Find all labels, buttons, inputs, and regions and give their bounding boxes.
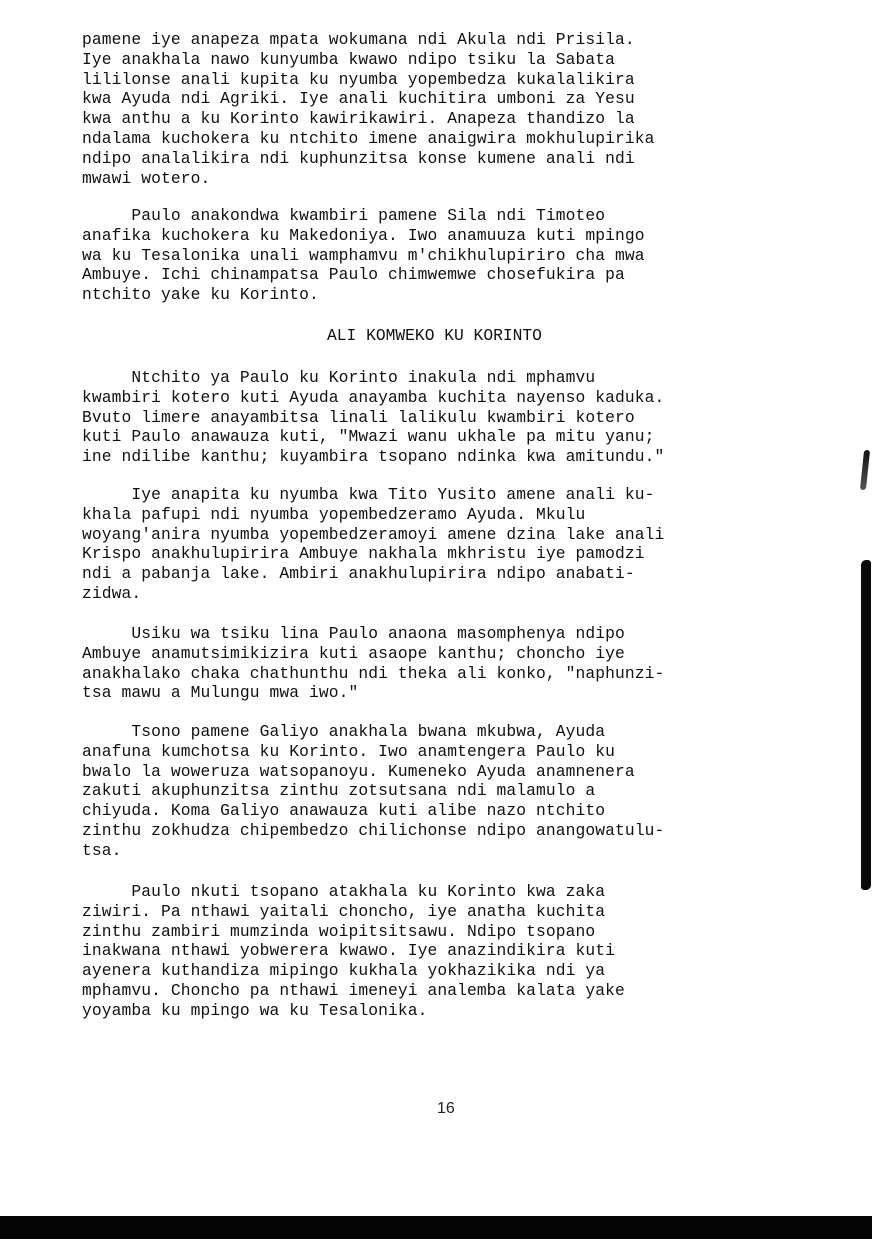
text-line: chiyuda. Koma Galiyo anawauza kuti alibe… bbox=[82, 801, 822, 821]
text-line: Bvuto limere anayambitsa linali lalikulu… bbox=[82, 408, 822, 428]
paragraph-paulo-nkuti: Paulo nkuti tsopano atakhala ku Korinto … bbox=[82, 882, 822, 1021]
text-line: ziwiri. Pa nthawi yaitali choncho, iye a… bbox=[82, 902, 822, 922]
paragraph-paulo-anakondwa: Paulo anakondwa kwambiri pamene Sila ndi… bbox=[82, 206, 822, 305]
text-line: kwa Ayuda ndi Agriki. Iye anali kuchitir… bbox=[82, 89, 822, 109]
text-line: yoyamba ku mpingo wa ku Tesalonika. bbox=[82, 1001, 822, 1021]
text-line: ndipo analalikira ndi kuphunzitsa konse … bbox=[82, 149, 822, 169]
section-heading: ALI KOMWEKO KU KORINTO bbox=[327, 326, 542, 345]
text-line: Paulo nkuti tsopano atakhala ku Korinto … bbox=[82, 882, 822, 902]
text-line: Krispo anakhulupirira Ambuye nakhala mkh… bbox=[82, 544, 822, 564]
text-line: zidwa. bbox=[82, 584, 822, 604]
text-line: tsa. bbox=[82, 841, 822, 861]
scanned-page: pamene iye anapeza mpata wokumana ndi Ak… bbox=[0, 0, 872, 1239]
text-line: anakhalako chaka chathunthu ndi theka al… bbox=[82, 664, 822, 684]
text-line: wa ku Tesalonika unali wamphamvu m'chikh… bbox=[82, 246, 822, 266]
scan-edge-shadow bbox=[861, 560, 871, 890]
text-line: bwalo la woweruza watsopanoyu. Kumeneko … bbox=[82, 762, 822, 782]
text-line: ine ndilibe kanthu; kuyambira tsopano nd… bbox=[82, 447, 822, 467]
text-line: tsa mawu a Mulungu mwa iwo." bbox=[82, 683, 822, 703]
text-line: Ntchito ya Paulo ku Korinto inakula ndi … bbox=[82, 368, 822, 388]
text-line: mwawi wotero. bbox=[82, 169, 822, 189]
text-line: Paulo anakondwa kwambiri pamene Sila ndi… bbox=[82, 206, 822, 226]
text-line: zakuti akuphunzitsa zinthu zotsutsana nd… bbox=[82, 781, 822, 801]
text-line: lililonse anali kupita ku nyumba yopembe… bbox=[82, 70, 822, 90]
text-line: Iye anakhala nawo kunyumba kwawo ndipo t… bbox=[82, 50, 822, 70]
scan-edge-mark bbox=[860, 450, 870, 490]
text-line: ndalama kuchokera ku ntchito imene anaig… bbox=[82, 129, 822, 149]
text-line: Tsono pamene Galiyo anakhala bwana mkubw… bbox=[82, 722, 822, 742]
text-line: zinthu zokhudza chipembedzo chilichonse … bbox=[82, 821, 822, 841]
paragraph-ntchito: Ntchito ya Paulo ku Korinto inakula ndi … bbox=[82, 368, 822, 467]
paragraph-iye-anapita: Iye anapita ku nyumba kwa Tito Yusito am… bbox=[82, 485, 822, 604]
text-line: kuti Paulo anawauza kuti, "Mwazi wanu uk… bbox=[82, 427, 822, 447]
paragraph-usiku: Usiku wa tsiku lina Paulo anaona masomph… bbox=[82, 624, 822, 703]
text-line: Usiku wa tsiku lina Paulo anaona masomph… bbox=[82, 624, 822, 644]
text-line: pamene iye anapeza mpata wokumana ndi Ak… bbox=[82, 30, 822, 50]
text-line: kwa anthu a ku Korinto kawirikawiri. Ana… bbox=[82, 109, 822, 129]
text-line: woyang'anira nyumba yopembedzeramoyi ame… bbox=[82, 525, 822, 545]
paragraph-tsono: Tsono pamene Galiyo anakhala bwana mkubw… bbox=[82, 722, 822, 861]
text-line: Ambuye. Ichi chinampatsa Paulo chimwemwe… bbox=[82, 265, 822, 285]
text-line: Iye anapita ku nyumba kwa Tito Yusito am… bbox=[82, 485, 822, 505]
text-line: mphamvu. Choncho pa nthawi imeneyi anale… bbox=[82, 981, 822, 1001]
text-line: ayenera kuthandiza mipingo kukhala yokha… bbox=[82, 961, 822, 981]
text-line: Ambuye anamutsimikizira kuti asaope kant… bbox=[82, 644, 822, 664]
paragraph-continuation: pamene iye anapeza mpata wokumana ndi Ak… bbox=[82, 30, 822, 188]
text-line: anafuna kumchotsa ku Korinto. Iwo anamte… bbox=[82, 742, 822, 762]
text-line: ndi a pabanja lake. Ambiri anakhulupirir… bbox=[82, 564, 822, 584]
text-line: ntchito yake ku Korinto. bbox=[82, 285, 822, 305]
text-line: kwambiri kotero kuti Ayuda anayamba kuch… bbox=[82, 388, 822, 408]
text-line: inakwana nthawi yobwerera kwawo. Iye ana… bbox=[82, 941, 822, 961]
scan-bottom-border bbox=[0, 1216, 872, 1239]
page-number: 16 bbox=[437, 1100, 455, 1118]
text-line: khala pafupi ndi nyumba yopembedzeramo A… bbox=[82, 505, 822, 525]
text-line: anafika kuchokera ku Makedoniya. Iwo ana… bbox=[82, 226, 822, 246]
text-line: zinthu zambiri mumzinda woipitsitsawu. N… bbox=[82, 922, 822, 942]
